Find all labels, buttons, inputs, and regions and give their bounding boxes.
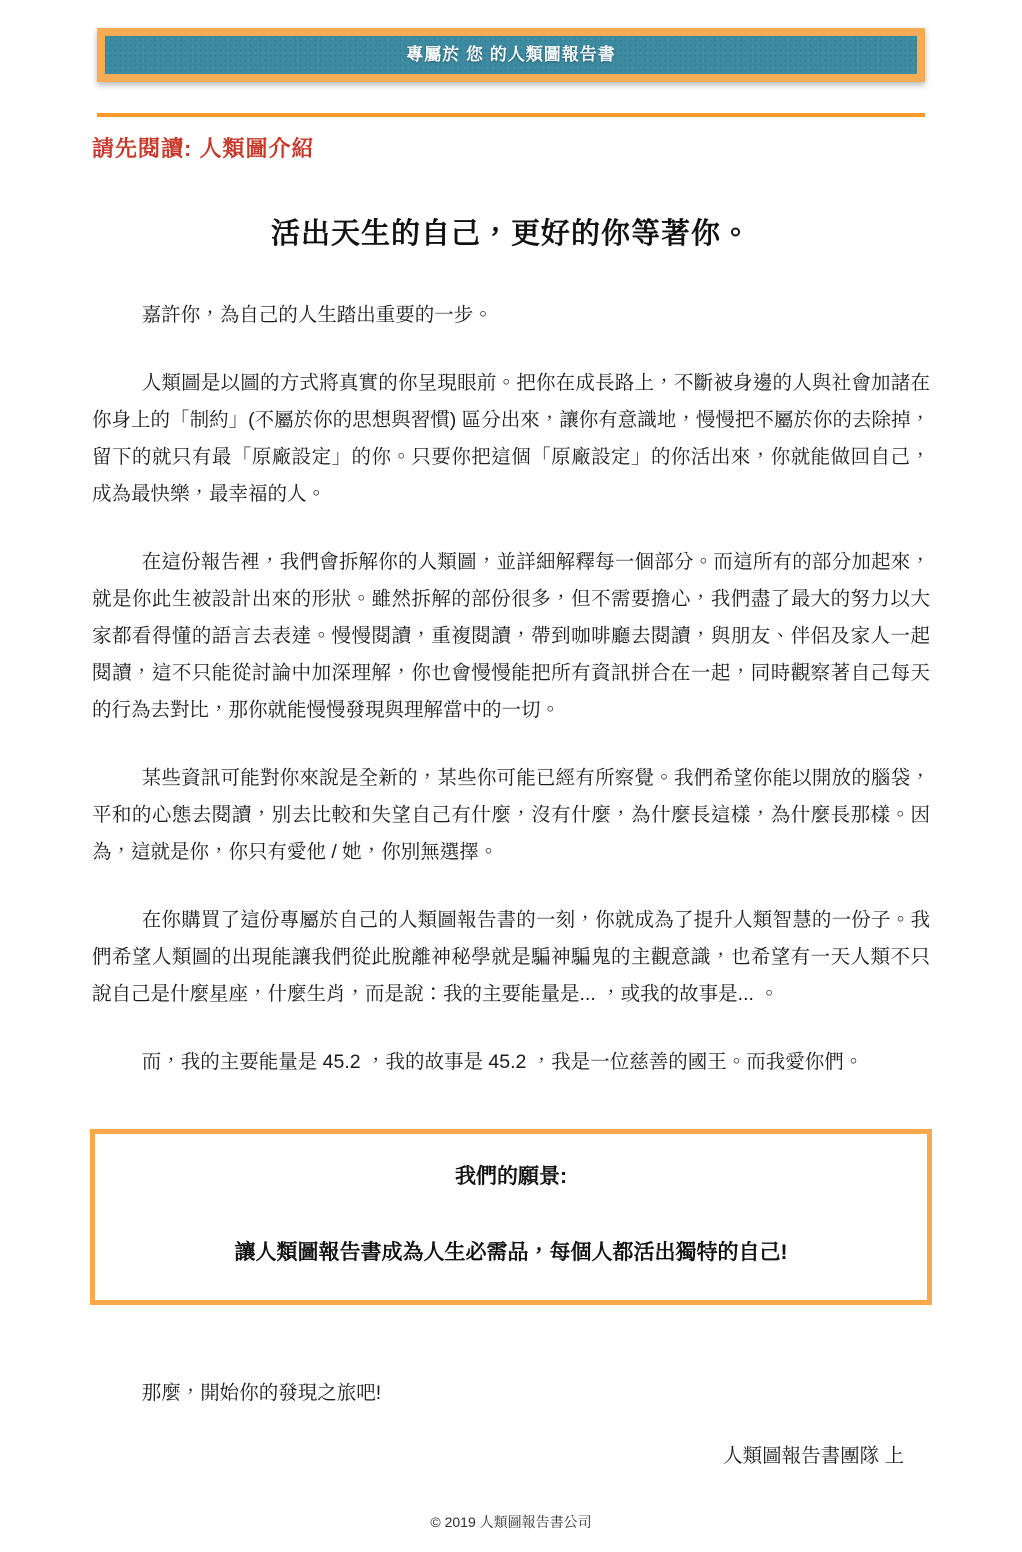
section-heading: 請先閱讀: 人類圖介紹 [92, 132, 932, 163]
closing-line: 那麼，開始你的發現之旅吧! [92, 1375, 930, 1412]
report-intro-page: 專屬於 您 的人類圖報告書 請先閱讀: 人類圖介紹 活出天生的自己，更好的你等著… [0, 0, 1022, 1552]
vision-box-title: 我們的願景: [111, 1160, 911, 1190]
report-banner: 專屬於 您 的人類圖報告書 [97, 28, 925, 82]
paragraph: 而，我的主要能量是 45.2 ，我的故事是 45.2 ，我是一位慈善的國王。而我… [92, 1044, 930, 1081]
paragraph: 人類圖是以圖的方式將真實的你呈現眼前。把你在成長路上，不斷被身邊的人與社會加諸在… [92, 365, 930, 513]
article-title: 活出天生的自己，更好的你等著你。 [90, 211, 932, 252]
signature-line: 人類圖報告書團隊 上 [92, 1440, 904, 1468]
paragraph: 嘉許你，為自己的人生踏出重要的一步。 [92, 297, 930, 334]
vision-box-statement: 讓人類圖報告書成為人生必需品，每個人都活出獨特的自己! [111, 1236, 911, 1266]
paragraph: 某些資訊可能對你來說是全新的，某些你可能已經有所察覺。我們希望你能以開放的腦袋，… [92, 760, 930, 871]
vision-box: 我們的願景: 讓人類圖報告書成為人生必需品，每個人都活出獨特的自己! [90, 1129, 932, 1305]
banner-title: 專屬於 您 的人類圖報告書 [105, 36, 917, 74]
paragraph: 在這份報告裡，我們會拆解你的人類圖，並詳細解釋每一個部分。而這所有的部分加起來，… [92, 544, 930, 729]
article-body: 嘉許你，為自己的人生踏出重要的一步。 人類圖是以圖的方式將真實的你呈現眼前。把你… [92, 297, 930, 1081]
paragraph: 在你購買了這份專屬於自己的人類圖報告書的一刻，你就成為了提升人類智慧的一份子。我… [92, 902, 930, 1013]
orange-divider-rule [97, 113, 925, 117]
copyright-footer: © 2019 人類圖報告書公司 [0, 1512, 1022, 1532]
